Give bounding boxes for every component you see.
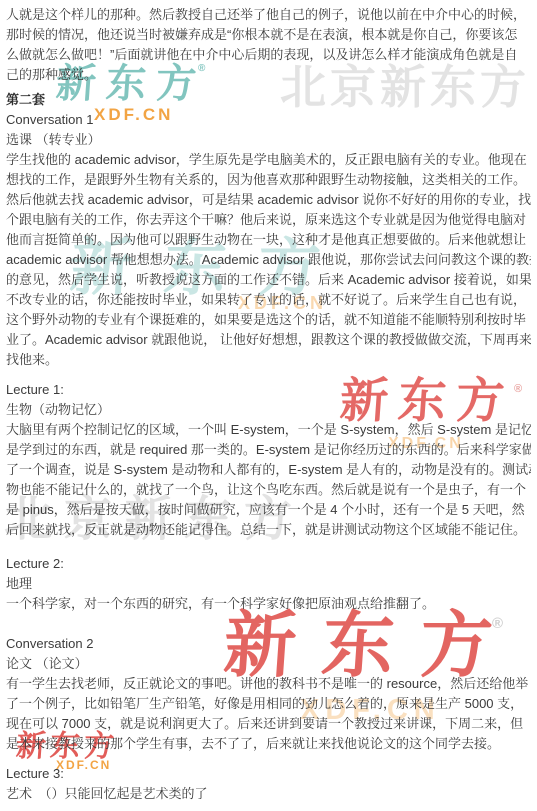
text-line: Lecture 1: xyxy=(6,380,531,400)
document-page: 新东方 ® XDF.CN 北京新东方 新东方 XDF.CN 新东方 ® XDF.… xyxy=(0,0,537,811)
text-line: 找他来。 xyxy=(6,350,531,370)
text-block: Lecture 2:地理一个科学家，对一个东西的研究，有一个科学家好像把原油观点… xyxy=(6,554,531,614)
text-line: 论文 （论文） xyxy=(6,654,531,674)
text-line: 是学到过的东西，就是 required 那一类的。E-system 是记你经历过… xyxy=(6,440,531,460)
text-line: 生物（动物记忆） xyxy=(6,400,531,420)
text-line: 他而言挺简单的。因为他可以跟野生动物在一块，这种才是他真正想要做的。后来他就想让 xyxy=(6,230,531,250)
text-line: 那时候的情况，他还说当时被嫌弃成是“你根本就不是在表演，根本就是你自己，你要该怎 xyxy=(6,25,531,45)
text-line: 想找的工作，是跟野外生物有关系的，因为他喜欢那种跟野生动物接触，这类相关的工作。 xyxy=(6,170,531,190)
text-line: 后回来就找，反正就是动物还能记得住。总结一下，就是讲测试动物这个区域能不能记住。 xyxy=(6,520,531,540)
section-heading: 第二套 xyxy=(6,90,531,110)
text-line: Lecture 2: xyxy=(6,554,531,574)
text-line: 物也能不能记什么的，就找了一个鸟，让这个鸟吃东西。然后就是说有一个是虫子，有一个 xyxy=(6,480,531,500)
document-body: 人就是这个样儿的那种。然后教授自己还举了他自己的例子，说他以前在中介中心的时候，… xyxy=(0,0,537,804)
text-line: 么做就怎么做吧！”后面就讲他在中介中心后期的表现，以及讲怎么样才能演成角色就是自 xyxy=(6,45,531,65)
text-line: 人就是这个样儿的那种。然后教授自己还举了他自己的例子，说他以前在中介中心的时候， xyxy=(6,5,531,25)
text-block: 人就是这个样儿的那种。然后教授自己还举了他自己的例子，说他以前在中介中心的时候，… xyxy=(6,5,531,85)
text-line: 大脑里有两个控制记忆的区域，一个叫 E-system，一个是 S-system，… xyxy=(6,420,531,440)
text-line: 第二套 xyxy=(6,90,531,110)
text-line: 艺术 （）只能回忆起是艺术类的了 xyxy=(6,784,531,804)
text-line: 有一学生去找老师，反正就论文的事吧。讲他的教科书不是唯一的 resource，然… xyxy=(6,674,531,694)
text-line: 个跟电脑有关的工作，你去弄这个干嘛？他后来说，原来选这个专业就是因为他觉得电脑对 xyxy=(6,210,531,230)
text-line: academic advisor 帮他想想办法。Academic advisor… xyxy=(6,250,531,270)
text-line: 了一个调查，说是 S-system 是动物和人都有的，E-system 是人有的… xyxy=(6,460,531,480)
text-block: Conversation 2论文 （论文）有一学生去找老师，反正就论文的事吧。讲… xyxy=(6,634,531,754)
text-line: 一个科学家，对一个东西的研究，有一个科学家好像把原油观点给推翻了。 xyxy=(6,594,531,614)
text-line: 这个野外动物的专业有个课挺难的，如果要是选这个的话，就不知道能不能顺特别利按时毕 xyxy=(6,310,531,330)
text-block: Lecture 3:艺术 （）只能回忆起是艺术类的了 xyxy=(6,764,531,804)
text-line: Lecture 3: xyxy=(6,764,531,784)
text-line: 然后他就去找 academic advisor，可是结果 academic ad… xyxy=(6,190,531,210)
text-line: 了一个例子，比如铅笔厂生产铅笔，好像是用相同的劲儿怎么着的，原来是生产 5000… xyxy=(6,694,531,714)
text-line: 业了。Academic advisor 就跟他说， 让他好好想想，跟教这个课的教… xyxy=(6,330,531,350)
text-line: 地理 xyxy=(6,574,531,594)
text-line: 现在可以 7000 支，就是说利润更大了。后来还讲到要请一个教授过来讲课，下周二… xyxy=(6,714,531,734)
text-line: 是本来接教授来的那个学生有事，去不了了，后来就让来找他说论文的这个同学去接。 xyxy=(6,734,531,754)
text-line: 不改专业的话，你还能按时毕业，如果转了专业的话，就不好说了。后来学生自己也有说， xyxy=(6,290,531,310)
text-line: 的意见，然后学生说，听教授说这方面的工作还不错。后来 Academic advi… xyxy=(6,270,531,290)
text-line: 选课 （转专业） xyxy=(6,130,531,150)
text-block: Conversation 1选课 （转专业）学生找他的 academic adv… xyxy=(6,110,531,370)
text-line: 学生找他的 academic advisor，学生原先是学电脑美术的，反正跟电脑… xyxy=(6,150,531,170)
text-line: Conversation 1 xyxy=(6,110,531,130)
text-line: Conversation 2 xyxy=(6,634,531,654)
text-line: 是 pinus，然后是按天做，按时间做研究，应该有一个是 4 个小时，还有一个是… xyxy=(6,500,531,520)
text-block: Lecture 1:生物（动物记忆）大脑里有两个控制记忆的区域，一个叫 E-sy… xyxy=(6,380,531,540)
text-line: 己的那种感觉。 xyxy=(6,65,531,85)
